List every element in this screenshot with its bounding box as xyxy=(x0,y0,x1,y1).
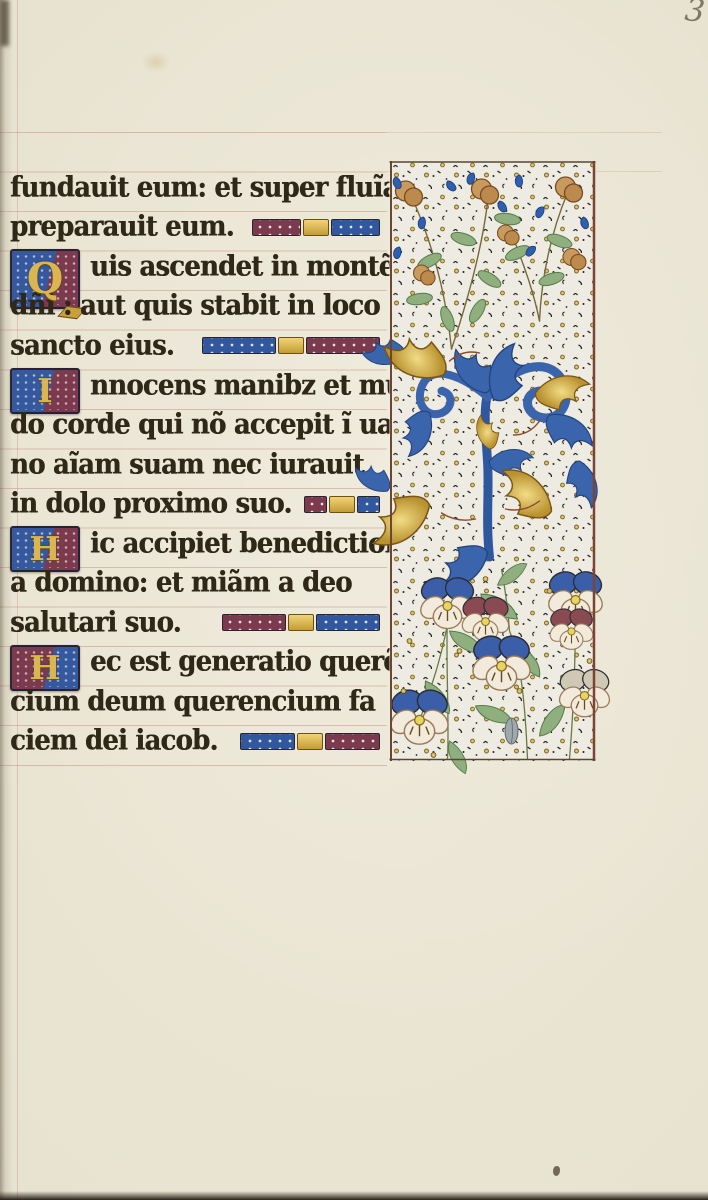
folio-number: 3 xyxy=(683,0,706,30)
filler-segment-blue xyxy=(331,219,380,236)
page-left-corner-shadow xyxy=(0,0,9,46)
text-line: no aĩam suam nec iurauit xyxy=(10,445,388,485)
psalm-text: uis ascendet in montẽ xyxy=(90,251,394,283)
text-line: ciem dei iacob. xyxy=(10,722,388,762)
psalm-text: sancto eius. xyxy=(10,330,174,362)
manuscript-page: fundauit eum: et super fluĩapreparauit e… xyxy=(0,0,708,1200)
psalm-text: salutari suo. xyxy=(10,607,181,639)
psalm-text: dñi : aut quis stabit in loco xyxy=(10,291,380,323)
page-left-edge xyxy=(0,0,13,1200)
psalm-text-block: fundauit eum: et super fluĩapreparauit e… xyxy=(10,168,388,768)
text-line: a domino: et miãm a deo xyxy=(10,564,388,604)
filler-segment-maroon xyxy=(325,733,380,750)
line-filler-ornament xyxy=(222,614,380,631)
page-bottom-edge xyxy=(0,1191,708,1200)
initial-letter: H xyxy=(29,650,60,686)
filler-segment-gold xyxy=(297,733,323,750)
text-line: fundauit eum: et super fluĩa xyxy=(10,168,388,208)
text-line: cium deum querencium fa xyxy=(10,682,388,722)
ruling-line-extension xyxy=(387,132,662,133)
filler-segment-gold xyxy=(329,496,355,513)
filler-segment-maroon xyxy=(304,496,327,513)
filler-segment-blue xyxy=(240,733,295,750)
line-filler-ornament xyxy=(252,219,380,236)
psalm-text: ic accipiet benedictionẽ xyxy=(90,528,418,560)
initial-letter: H xyxy=(29,531,60,567)
text-line: salutari suo. xyxy=(10,603,388,643)
parchment-stain xyxy=(142,52,170,72)
initial-letter: Q xyxy=(27,256,64,302)
psalm-text: ciem dei iacob. xyxy=(10,726,218,758)
line-filler-ornament xyxy=(240,733,380,750)
psalm-text: fundauit eum: et super fluĩa xyxy=(10,172,398,204)
line-filler-ornament xyxy=(202,337,380,354)
seed-pod xyxy=(505,718,518,744)
text-line: sancto eius. xyxy=(10,326,388,366)
text-line: preparauit eum. xyxy=(10,208,388,248)
psalm-text: cium deum querencium fa xyxy=(10,686,375,718)
filler-segment-gold xyxy=(303,219,329,236)
text-line: do corde qui nõ accepit ĩ ua xyxy=(10,405,388,445)
psalm-text: a domino: et miãm a deo xyxy=(10,567,352,599)
filler-segment-blue xyxy=(316,614,380,631)
psalm-text: nnocens manibz et mũ xyxy=(90,370,403,402)
filler-segment-gold xyxy=(288,614,314,631)
psalm-text: no aĩam suam nec iurauit xyxy=(10,449,364,481)
filler-segment-maroon xyxy=(222,614,286,631)
psalm-text: preparauit eum. xyxy=(10,211,234,243)
filler-segment-blue xyxy=(357,496,380,513)
psalm-text: do corde qui nõ accepit ĩ ua xyxy=(10,409,393,441)
filler-segment-maroon xyxy=(252,219,301,236)
text-line: dñi : aut quis stabit in loco xyxy=(10,287,388,327)
floral-border-illustration xyxy=(389,161,596,761)
filler-segment-blue xyxy=(202,337,276,354)
initial-letter: I xyxy=(37,373,52,409)
filler-segment-gold xyxy=(278,337,304,354)
filler-segment-maroon xyxy=(306,337,380,354)
ink-speck xyxy=(553,1166,560,1176)
psalm-text: in dolo proximo suo. xyxy=(10,488,292,520)
psalm-text: ec est generatio querẽ xyxy=(90,646,399,678)
line-filler-ornament xyxy=(304,496,380,513)
text-line: in dolo proximo suo. xyxy=(10,484,388,524)
